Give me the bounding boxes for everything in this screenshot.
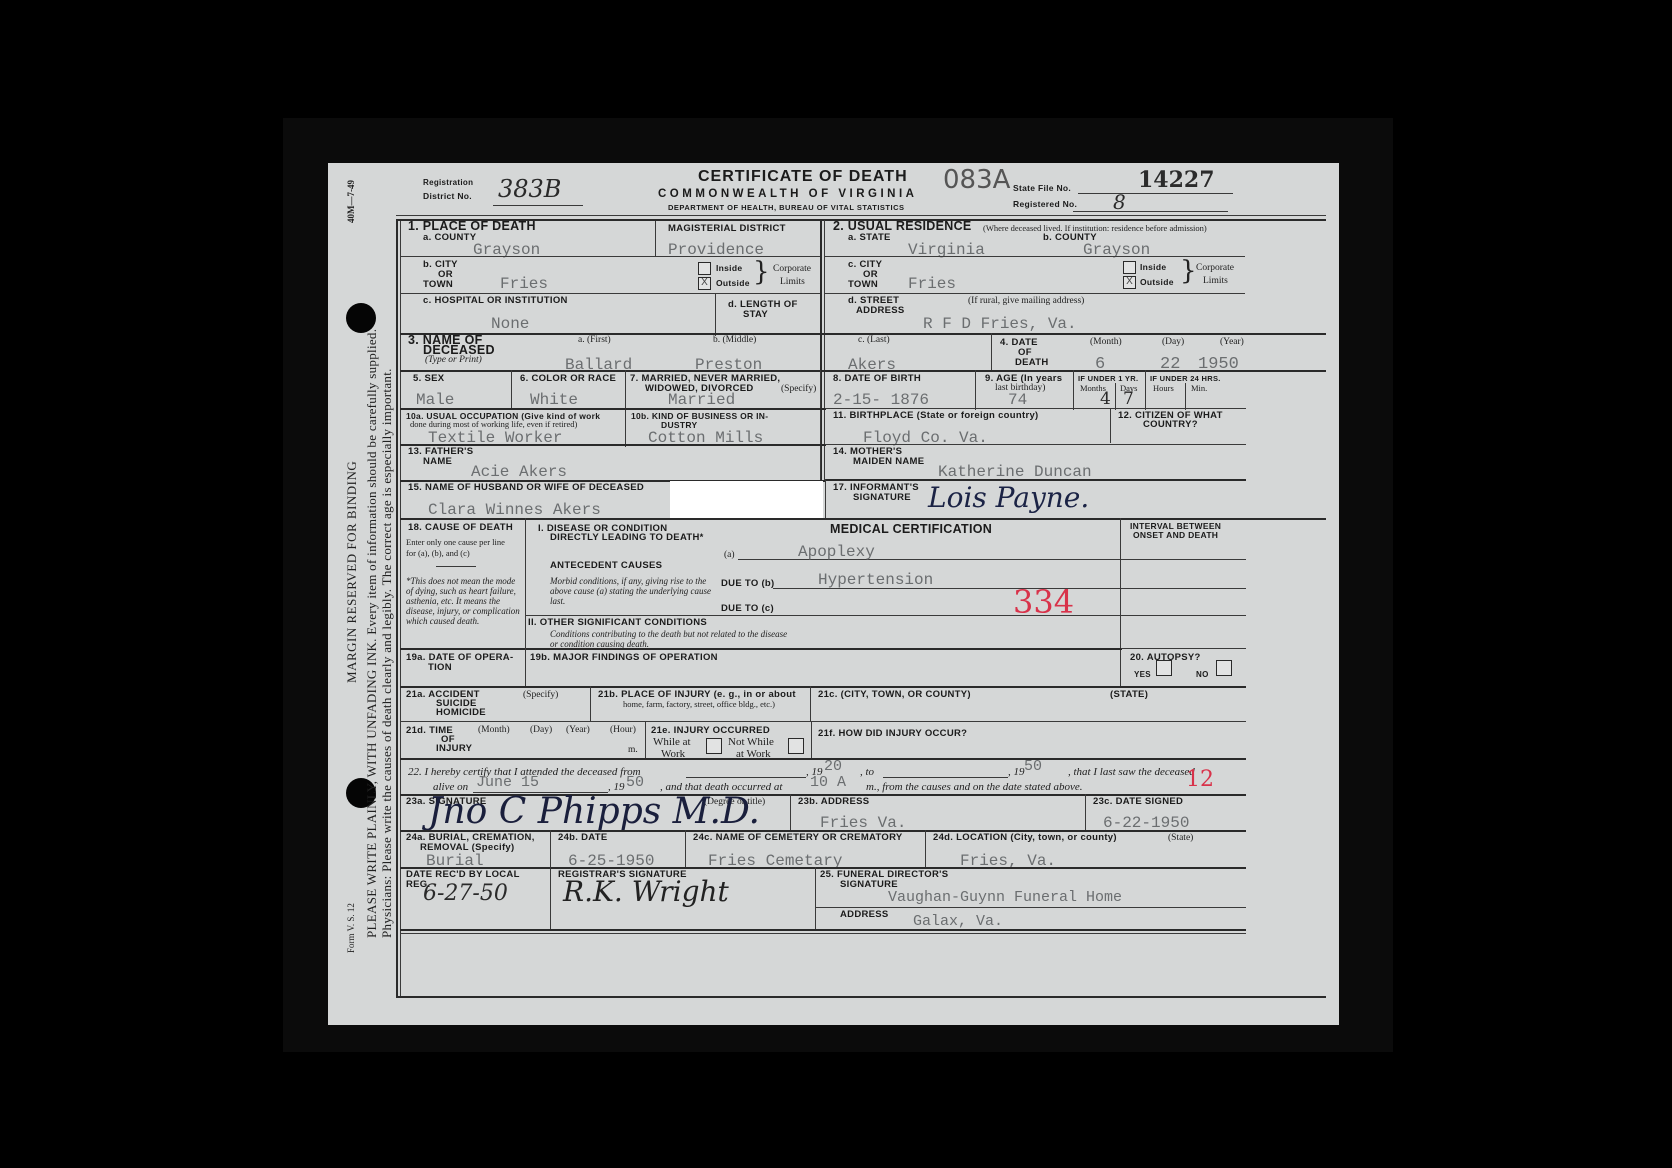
physician-signature: Jno C Phipps M.D. [428, 791, 760, 832]
form-border-top-outer [396, 215, 1326, 216]
form-department: DEPARTMENT OF HEALTH, BUREAU OF VITAL ST… [668, 203, 905, 212]
registration-label: Registration [423, 178, 473, 188]
row-line [400, 408, 826, 410]
binding-note: MARGIN RESERVED FOR BINDING [344, 461, 360, 683]
citizen-label-2: COUNTRY? [1143, 420, 1198, 430]
autopsy-no-label: NO [1196, 670, 1209, 680]
funeral-address: Galax, Va. [913, 913, 1003, 930]
burial-location-label: 24d. LOCATION (City, town, or county) [933, 833, 1117, 843]
stay-divider [715, 293, 716, 336]
occupation-note: done during most of working life, even i… [410, 419, 577, 429]
divider [790, 794, 791, 830]
residence-street: R F D Fries, Va. [923, 315, 1077, 333]
injury-state-label: (STATE) [1110, 690, 1148, 700]
print-code: 40M—7-49 [346, 180, 356, 223]
sex-value: Male [416, 391, 454, 409]
deceased-label: DECEASED [423, 345, 495, 355]
instructions-line-1: PLEASE WRITE PLAINLY, WITH UNFADING INK.… [364, 329, 380, 938]
divider [1115, 383, 1116, 410]
row-line [1121, 648, 1246, 649]
part2-note: Conditions contributing to the death but… [550, 629, 795, 649]
form-title: CERTIFICATE OF DEATH [698, 168, 908, 186]
red-mark: 12 [1186, 767, 1214, 792]
date-received: 6-27-50 [423, 881, 508, 906]
instructions-line-2: Physicians: Please write the causes of d… [379, 368, 395, 938]
stay-label-2: STAY [743, 310, 768, 320]
form-state: COMMONWEALTH OF VIRGINIA [658, 188, 917, 200]
funeral-address-label: ADDRESS [840, 910, 889, 920]
not-while-work-checkbox[interactable] [788, 738, 804, 754]
cause-b-label: DUE TO (b) [721, 579, 775, 589]
brace-icon: } [1180, 258, 1197, 284]
certify-to-year: 50 [1024, 758, 1042, 775]
race-value: White [530, 391, 578, 409]
last-seen-year: 50 [626, 774, 644, 791]
not-while-work-label: Not While [728, 736, 774, 748]
date-of-death-divider [991, 333, 992, 370]
mother-maiden-label: MAIDEN NAME [853, 457, 924, 467]
operation-findings-label: 19b. MAJOR FINDINGS OF OPERATION [530, 653, 718, 663]
divider [825, 479, 826, 519]
injury-how-label: 21f. HOW DID INJURY OCCUR? [818, 729, 967, 739]
dod-year-label: (Year) [1220, 337, 1244, 347]
cause-a-label: (a) [724, 550, 735, 560]
medical-certification-title: MEDICAL CERTIFICATION [830, 524, 992, 534]
father-name-label: NAME [423, 457, 452, 467]
res-outside-checkbox[interactable]: X [1123, 276, 1136, 289]
outside-label: Outside [716, 278, 750, 288]
time-of-death: 10 A [810, 774, 846, 791]
death-city: Fries [500, 275, 548, 293]
divider [1145, 370, 1146, 410]
row-line [400, 518, 1326, 520]
magisterial-label: MAGISTERIAL DISTRICT [668, 224, 786, 234]
form-border-bottom [396, 996, 1326, 998]
fill-line [686, 777, 806, 778]
street-note: (If rural, give mailing address) [968, 296, 1084, 306]
limits-label: Limits [780, 277, 805, 287]
antecedent-label: ANTECEDENT CAUSES [550, 561, 662, 571]
divider [810, 686, 811, 721]
form-bottom-line [400, 929, 1246, 931]
divider [1073, 370, 1074, 410]
marital-value: Married [668, 391, 735, 409]
form-bottom-line-2 [400, 933, 1246, 934]
certify-causes: m., from the causes and on the date stat… [866, 781, 1083, 793]
injury-m-label: m. [628, 745, 638, 755]
type-or-print: (Type or Print) [425, 355, 482, 365]
days-value: 7 [1123, 389, 1134, 409]
certify-last-saw: , that I last saw the deceased [1068, 766, 1195, 778]
divider [811, 721, 812, 758]
injury-injury-label: INJURY [436, 744, 472, 754]
dod-month-label: (Month) [1090, 337, 1122, 347]
informant-signature: Lois Payne. [928, 481, 1089, 514]
county-label: a. COUNTY [423, 233, 476, 243]
divider [550, 830, 551, 867]
form-number: Form V. S. 12 [346, 903, 356, 953]
injury-day-label: (Day) [530, 725, 552, 735]
middle-name-label: b. (Middle) [713, 335, 756, 345]
cause-instr-1: Enter only one cause per line [406, 537, 505, 547]
row-line [525, 615, 1122, 616]
certify-from-year: 20 [824, 758, 842, 775]
corporate-label: Corporate [773, 264, 811, 274]
operation-date-label: 19a. DATE OF OPERA- [406, 653, 513, 663]
divider [1110, 408, 1111, 443]
dob-label: 8. DATE OF BIRTH [833, 374, 921, 384]
physician-address-label: 23b. ADDRESS [798, 797, 869, 807]
autopsy-yes-checkbox[interactable] [1156, 660, 1172, 676]
certify-to: , to [860, 766, 874, 778]
district-label: District No. [423, 191, 472, 201]
divider [550, 867, 551, 930]
cause-c-label: DUE TO (c) [721, 604, 774, 614]
row-line [400, 293, 820, 294]
cause-a-value: Apoplexy [798, 543, 875, 561]
section-divider-inner [824, 220, 825, 480]
certify-19-b: , 19 [1008, 766, 1025, 778]
registrar-signature: R.K. Wright [563, 875, 729, 908]
redaction-box [670, 481, 823, 519]
stamp-code: 083A [943, 165, 1010, 195]
dod-death-label: DEATH [1015, 358, 1049, 368]
informant-signature-label: SIGNATURE [853, 493, 911, 503]
res-limits-label: Limits [1203, 276, 1228, 286]
morbid-note: Morbid conditions, if any, giving rise t… [550, 576, 715, 606]
age-value: 74 [1008, 391, 1027, 409]
marital-specify: (Specify) [781, 384, 816, 394]
row-line [825, 408, 1246, 409]
residence-label: 2. USUAL RESIDENCE [833, 221, 972, 231]
inside-checkbox[interactable] [698, 262, 711, 275]
res-corporate-label: Corporate [1196, 263, 1234, 273]
outside-checkbox[interactable]: X [698, 277, 711, 290]
burial-state-label: (State) [1168, 833, 1193, 843]
divider [685, 830, 686, 867]
accident-specify: (Specify) [523, 690, 558, 700]
res-outside-label: Outside [1140, 277, 1174, 287]
cause-label: 18. CAUSE OF DEATH [408, 523, 513, 533]
spouse-name: Clara Winnes Akers [428, 501, 601, 519]
divider [590, 686, 591, 721]
short-rule [436, 566, 476, 567]
while-work-label: While at [653, 736, 691, 748]
cemetery-label: 24c. NAME OF CEMETERY OR CREMATORY [693, 833, 903, 843]
row-line [825, 444, 1246, 445]
form-border-left [396, 220, 398, 998]
father-name: Acie Akers [471, 463, 567, 481]
residence-state-label: a. STATE [848, 233, 891, 243]
interval-line [1121, 588, 1246, 589]
while-work-checkbox[interactable] [706, 738, 722, 754]
cause-b-value: Hypertension [818, 571, 933, 589]
autopsy-no-checkbox[interactable] [1216, 660, 1232, 676]
divider [1185, 383, 1186, 410]
hospital-label: c. HOSPITAL OR INSTITUTION [423, 296, 568, 306]
cause-instr-2: for (a), (b), and (c) [406, 548, 470, 558]
divider [925, 830, 926, 867]
divider [975, 370, 976, 410]
place-of-death-label: 1. PLACE OF DEATH [408, 221, 536, 231]
res-inside-checkbox[interactable] [1123, 261, 1136, 274]
injury-city-label: 21c. (CITY, TOWN, OR COUNTY) [818, 690, 971, 700]
row-line [400, 648, 1122, 650]
injury-year-label: (Year) [566, 725, 590, 735]
fill-line [883, 777, 1008, 778]
inside-label: Inside [716, 263, 742, 273]
hours-label: Hours [1153, 383, 1174, 393]
birthplace-label: 11. BIRTHPLACE (State or foreign country… [833, 411, 1039, 421]
registered-underline [1073, 211, 1228, 212]
operation-date-label-2: TION [428, 663, 452, 673]
magisterial-divider [655, 221, 656, 256]
interval-line [1121, 559, 1246, 560]
sex-label: 5. SEX [413, 374, 444, 384]
registered-label: Registered No. [1013, 199, 1077, 209]
date-signed-label: 23c. DATE SIGNED [1093, 797, 1183, 807]
cause-footnote: *This does not mean the mode of dying, s… [406, 576, 523, 626]
state-file-number: 14227 [1138, 167, 1215, 193]
injury-month-label: (Month) [478, 725, 510, 735]
burial-date-label: 24b. DATE [558, 833, 608, 843]
divider [815, 867, 816, 930]
last-seen-date: June 15 [476, 774, 539, 791]
res-town-label: TOWN [848, 280, 878, 290]
cause-a-line [738, 559, 1122, 560]
homicide-label: HOMICIDE [436, 708, 486, 718]
hospital-value: None [491, 315, 529, 333]
res-inside-label: Inside [1140, 262, 1166, 272]
row-line [825, 293, 1245, 294]
spouse-label: 15. NAME OF HUSBAND OR WIFE OF DECEASED [408, 483, 644, 493]
min-label: Min. [1191, 383, 1207, 393]
last-name-label: c. (Last) [858, 335, 890, 345]
interval-label-2: ONSET AND DEATH [1133, 530, 1218, 540]
divider [1085, 794, 1086, 830]
months-value: 4 [1100, 389, 1111, 409]
residence-city: Fries [908, 275, 956, 293]
brace-icon: } [753, 259, 770, 285]
dod-day-label: (Day) [1162, 337, 1184, 347]
business-label: 10b. KIND OF BUSINESS OR IN- [631, 411, 768, 421]
address-label: ADDRESS [856, 306, 905, 316]
row-line [400, 758, 1246, 760]
state-file-underline [1078, 193, 1233, 194]
state-file-label: State File No. [1013, 183, 1071, 193]
dob-value: 2-15- 1876 [833, 391, 929, 409]
divider [525, 648, 526, 688]
row-line [400, 721, 1246, 722]
form-border-left-inner [400, 220, 401, 998]
injury-occurred-label: 21e. INJURY OCCURRED [651, 726, 770, 736]
part2-label: II. OTHER SIGNIFICANT CONDITIONS [528, 618, 707, 628]
first-name-label: a. (First) [578, 335, 611, 345]
row-line [816, 907, 1246, 908]
divider [1120, 518, 1121, 688]
district-underline [493, 205, 583, 206]
row-line [400, 370, 1326, 372]
divider [511, 370, 512, 410]
town-label: TOWN [423, 280, 453, 290]
funeral-director: Vaughan-Guynn Funeral Home [888, 889, 1122, 906]
divider [645, 721, 646, 758]
death-certificate: Form V. S. 12 40M—7-49 MARGIN RESERVED F… [328, 163, 1339, 1025]
injury-hour-label: (Hour) [610, 725, 636, 735]
row-line [400, 686, 1246, 688]
interval-line [1121, 615, 1246, 616]
race-label: 6. COLOR OR RACE [520, 374, 616, 384]
autopsy-yes-label: YES [1134, 670, 1151, 680]
registration-district-number: 383B [498, 175, 561, 203]
part1-label-2: DIRECTLY LEADING TO DEATH* [550, 533, 704, 543]
injury-place-note: home, farm, factory, street, office bldg… [623, 699, 775, 709]
